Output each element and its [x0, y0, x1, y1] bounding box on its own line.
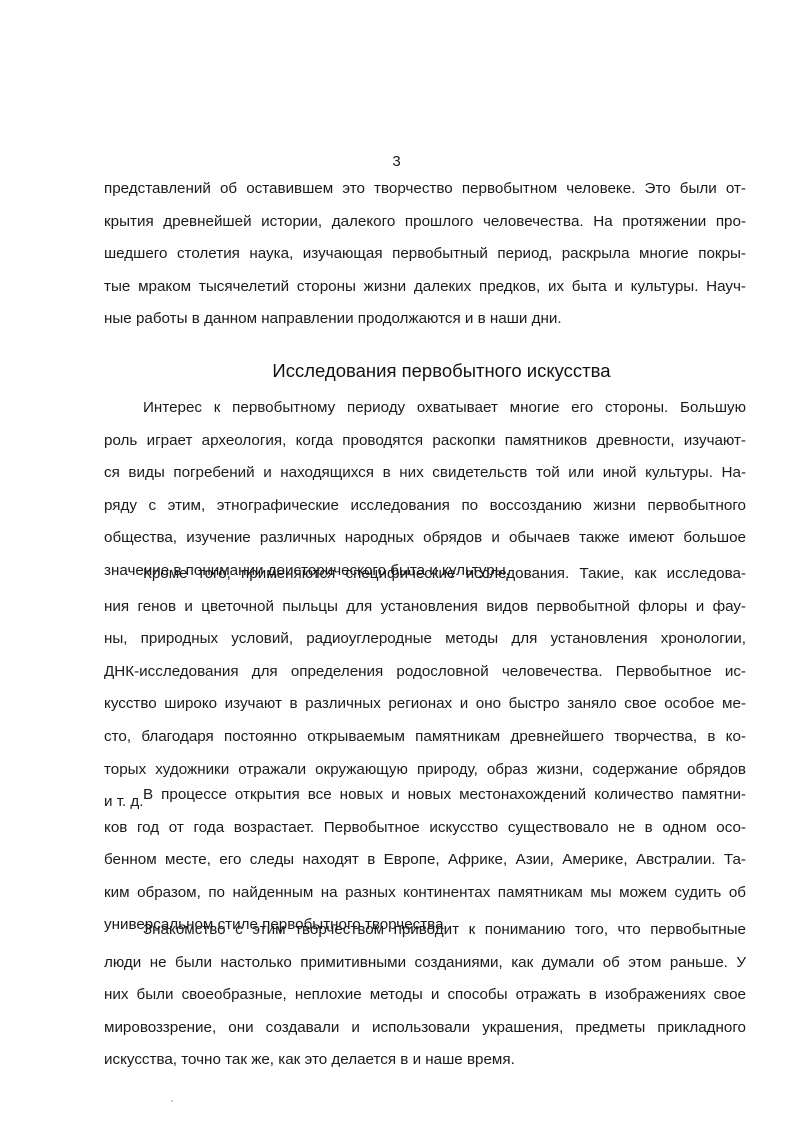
text-line: Знакомство с этим творчеством приводит к…: [104, 914, 746, 947]
text-line: кусство широко изучают в различных регио…: [104, 688, 746, 721]
text-line: тые мраком тысячелетий стороны жизни дал…: [104, 271, 746, 304]
text-line: люди не были настолько примитивными созд…: [104, 947, 746, 980]
text-line: общества, изучение различных народных об…: [104, 522, 746, 555]
text-line: ДНК-исследования для определения родосло…: [104, 656, 746, 689]
text-line: ния генов и цветочной пыльцы для установ…: [104, 591, 746, 624]
text-line: шедшего столетия наука, изучающая первоб…: [104, 238, 746, 271]
document-page: 3 представлений об оставившем это творче…: [0, 0, 793, 1122]
text-line: ные работы в данном направлении продолжа…: [104, 303, 746, 336]
text-line: Интерес к первобытному периоду охватывае…: [104, 392, 746, 425]
text-line: них были своеобразные, неплохие методы и…: [104, 979, 746, 1012]
text-line: мировоззрение, они создавали и использов…: [104, 1012, 746, 1045]
text-line: сто, благодаря постоянно открываемым пам…: [104, 721, 746, 754]
page-number: 3: [0, 152, 793, 172]
text-line: представлений об оставившем это творчест…: [104, 173, 746, 206]
scan-artifact: [171, 1100, 173, 1102]
text-line: Кроме того, применяются специфические ис…: [104, 558, 746, 591]
text-line: бенном месте, его следы находят в Европе…: [104, 844, 746, 877]
text-line: искусства, точно так же, как это делаетс…: [104, 1044, 746, 1077]
text-line: В процессе открытия все новых и новых ме…: [104, 779, 746, 812]
section-heading: Исследования первобытного искусства: [0, 357, 793, 385]
text-line: ся виды погребений и находящихся в них с…: [104, 457, 746, 490]
paragraph-4: Знакомство с этим творчеством приводит к…: [104, 914, 746, 1077]
continued-paragraph: представлений об оставившем это творчест…: [104, 173, 746, 336]
text-line: ков год от года возрастает. Первобытное …: [104, 812, 746, 845]
text-line: роль играет археология, когда проводятся…: [104, 425, 746, 458]
text-line: ряду с этим, этнографические исследовани…: [104, 490, 746, 523]
text-line: ны, природных условий, радиоуглеродные м…: [104, 623, 746, 656]
text-line: крытия древнейшей истории, далекого прош…: [104, 206, 746, 239]
text-line: ким образом, по найденным на разных конт…: [104, 877, 746, 910]
